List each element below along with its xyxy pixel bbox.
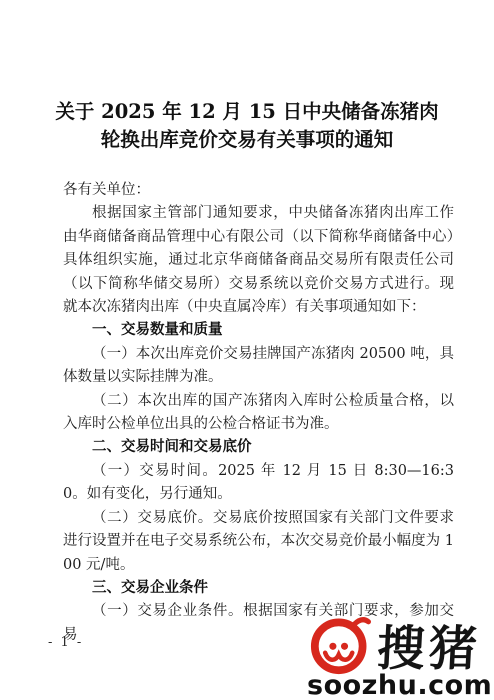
paragraph: （一）交易时间。2025 年 12 月 15 日 8:30—16:30。如有变化… xyxy=(63,460,454,507)
watermark-top-row: 搜猪 xyxy=(307,614,489,676)
page-number: - 1 - xyxy=(48,635,83,650)
document-page: 关于 2025 年 12 月 15 日中央储备冻猪肉 轮换出库竞价交易有关事项的… xyxy=(0,0,494,700)
paragraph: （二）交易底价。交易底价按照国家有关部门文件要求进行设置并在电子交易系统公布，本… xyxy=(63,507,454,577)
pig-face-logo-icon xyxy=(307,614,373,676)
document-title: 关于 2025 年 12 月 15 日中央储备冻猪肉 轮换出库竞价交易有关事项的… xyxy=(30,98,464,153)
section-heading: 二、交易时间和交易底价 xyxy=(63,436,454,459)
paragraph: （一）本次出库竞价交易挂牌国产冻猪肉 20500 吨，具体数量以实际挂牌为准。 xyxy=(63,343,454,390)
section-heading: 一、交易数量和质量 xyxy=(63,319,454,342)
document-body: 各有关单位：根据国家主管部门通知要求，中央储备冻猪肉出库工作由华商储备商品管理中… xyxy=(63,179,454,647)
soozhu-watermark: 搜猪 soozhu.com xyxy=(307,614,489,699)
paragraph: （二）本次出库的国产冻猪肉入库时公检质量合格，以入库时公检单位出具的公检合格证书… xyxy=(63,390,454,437)
document-title-line-2: 轮换出库竞价交易有关事项的通知 xyxy=(30,126,464,154)
section-heading: 三、交易企业条件 xyxy=(63,577,454,600)
paragraph: 各有关单位： xyxy=(63,179,454,202)
document-title-line-1: 关于 2025 年 12 月 15 日中央储备冻猪肉 xyxy=(30,98,464,126)
paragraph: 根据国家主管部门通知要求，中央储备冻猪肉出库工作由华商储备商品管理中心有限公司（… xyxy=(63,202,454,319)
brand-name-chinese: 搜猪 xyxy=(376,623,483,676)
